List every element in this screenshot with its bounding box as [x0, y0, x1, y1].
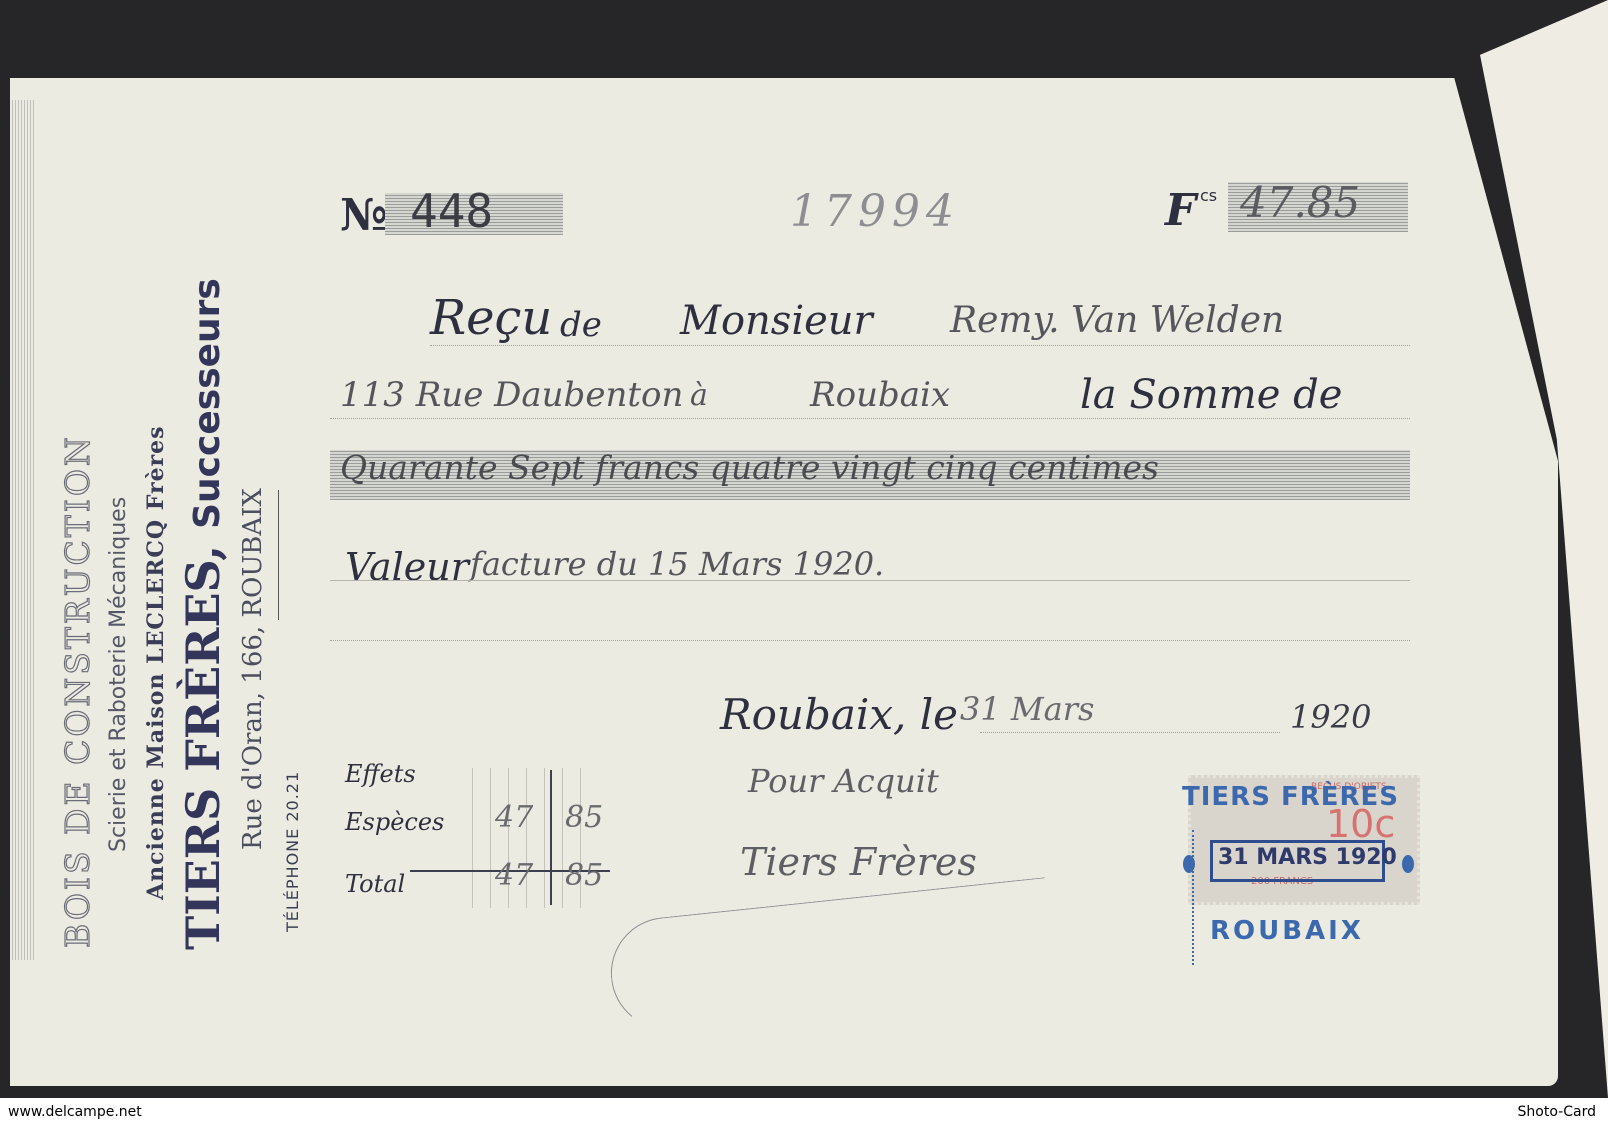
letterhead-address: Rue d'Oran, 166, ROUBAIX [238, 488, 268, 850]
number-label: № [340, 190, 388, 241]
date-year: 1920 [1290, 698, 1371, 736]
letterhead-former-house: Ancienne Maison LECLERCQ Frères [143, 425, 169, 900]
perforated-edge [0, 78, 10, 1086]
signature: Tiers Frères [740, 840, 977, 884]
date-day-month: 31 Mars [960, 690, 1094, 728]
line-rule [330, 640, 1410, 641]
letterhead-activity: Scierie et Raboterie Mécaniques [106, 497, 131, 852]
company-name: TIERS FRÈRES, [176, 545, 230, 950]
letterhead-telephone: TÉLÉPHONE 20.21 [283, 771, 302, 932]
amount-words: Quarante Sept francs quatre vingt cinq c… [340, 448, 1159, 487]
line-rule [430, 345, 1410, 346]
tally-especes-francs: 47 [495, 800, 533, 835]
currency-label: F [1165, 185, 1196, 236]
tally-especes-cents: 85 [565, 800, 603, 835]
diamond-icon [1183, 855, 1195, 873]
successors-label: Successeurs [187, 278, 228, 529]
letterhead-trade: BOIS DE CONSTRUCTION [58, 434, 97, 948]
de-label: de [560, 305, 602, 345]
tally-total-cents: 85 [565, 858, 603, 893]
recu-label: Reçu [430, 290, 552, 346]
a-label: à [690, 378, 708, 413]
place-label: Roubaix, le [720, 690, 958, 739]
cancel-date: 31 MARS 1920 [1218, 845, 1397, 870]
guilloche-strip [12, 100, 34, 960]
footer-source-link[interactable]: www.delcampe.net [8, 1104, 142, 1120]
diamond-icon [1402, 855, 1414, 873]
currency-superscript: cs [1200, 186, 1217, 205]
tally-label-effets: Effets [345, 760, 416, 788]
footer-watermark: Shoto-Card [1518, 1104, 1596, 1120]
tally-total-francs: 47 [495, 858, 533, 893]
line-rule [330, 580, 1410, 581]
letterhead-company: TIERS FRÈRES, Successeurs [176, 278, 230, 950]
valeur-text: facture du 15 Mars 1920. [470, 545, 884, 583]
ornament-divider-icon [278, 490, 293, 620]
tally-label-total: Total [345, 870, 405, 898]
amount-figures: 47.85 [1240, 178, 1360, 227]
payer-address: 113 Rue Daubenton [340, 375, 683, 415]
cancel-company: TIERS FRÈRES [1182, 782, 1399, 812]
cancel-city: ROUBAIX [1210, 916, 1364, 946]
somme-label: la Somme de [1080, 372, 1342, 418]
payer-city: Roubaix [810, 375, 950, 415]
pour-acquit: Pour Acquit [748, 762, 939, 800]
date-rule [980, 732, 1280, 733]
valeur-label: Valeur [345, 545, 469, 589]
cancel-mark-line [1192, 830, 1196, 965]
monsieur-label: Monsieur [680, 298, 873, 344]
tally-divider [550, 770, 552, 905]
payer-name: Remy. Van Welden [950, 300, 1284, 341]
receipt-number: 448 [410, 184, 493, 238]
reference-number: 17994 [790, 186, 960, 237]
tally-label-especes: Espèces [345, 808, 444, 836]
line-rule [330, 418, 1410, 419]
